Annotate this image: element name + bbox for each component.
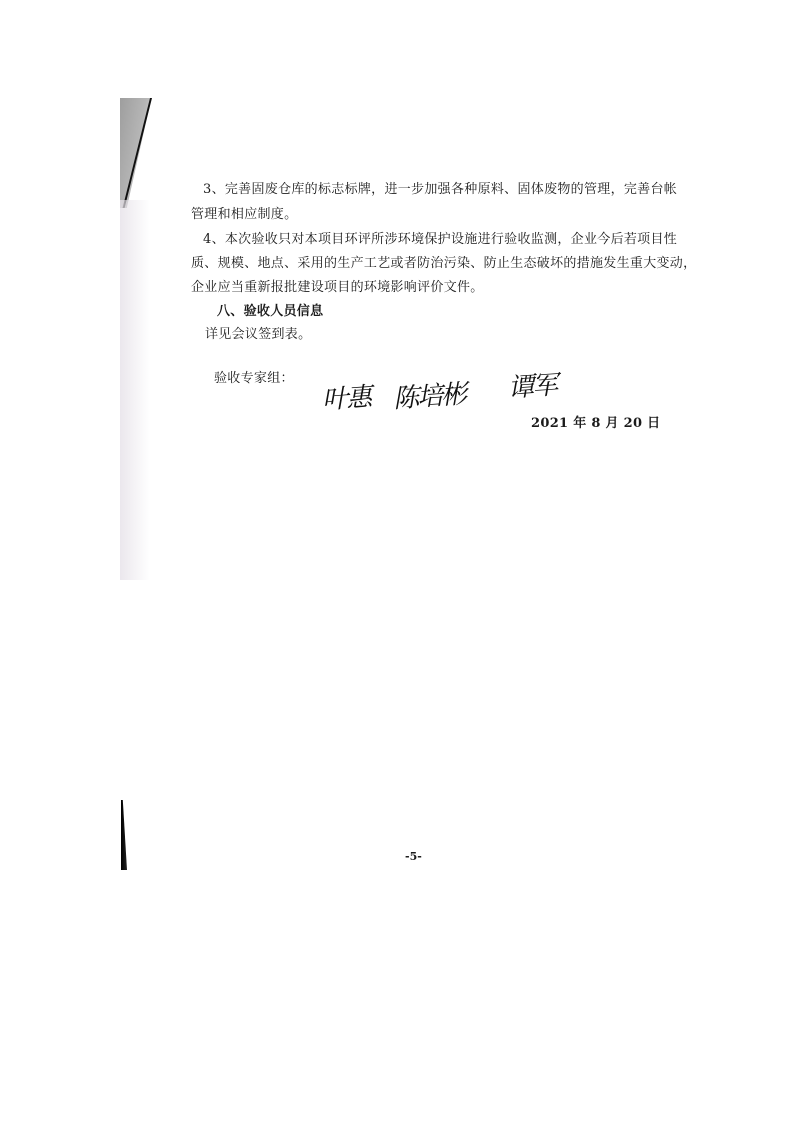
section-body: 详见会议签到表。 [205,328,311,341]
section-heading: 八、验收人员信息 [217,305,323,318]
page-number: -5- [405,850,422,863]
date: 2021 年 8 月 20 日 [531,417,660,430]
item-3-line-1: 3、完善固废仓库的标志标牌，进一步加强各种原料、固体废物的管理，完善台帐 [203,183,677,196]
signature-2: 陈培彬 [392,374,466,416]
signature-1: 叶惠 [321,376,371,416]
signature-label: 验收专家组： [214,372,294,385]
item-3-line-2: 管理和相应制度。 [191,208,297,221]
signature-3: 谭军 [507,364,557,404]
scan-edge-fade [120,200,150,580]
item-4-line-3: 企业应当重新报批建设项目的环境影响评价文件。 [191,281,484,294]
scan-edge-mark [121,800,127,870]
item-4-line-2: 质、规模、地点、采用的生产工艺或者防治污染、防止生态破坏的措施发生重大变动， [191,257,696,270]
item-4-line-1: 4、本次验收只对本项目环评所涉环境保护设施进行验收监测，企业今后若项目性 [203,233,677,246]
